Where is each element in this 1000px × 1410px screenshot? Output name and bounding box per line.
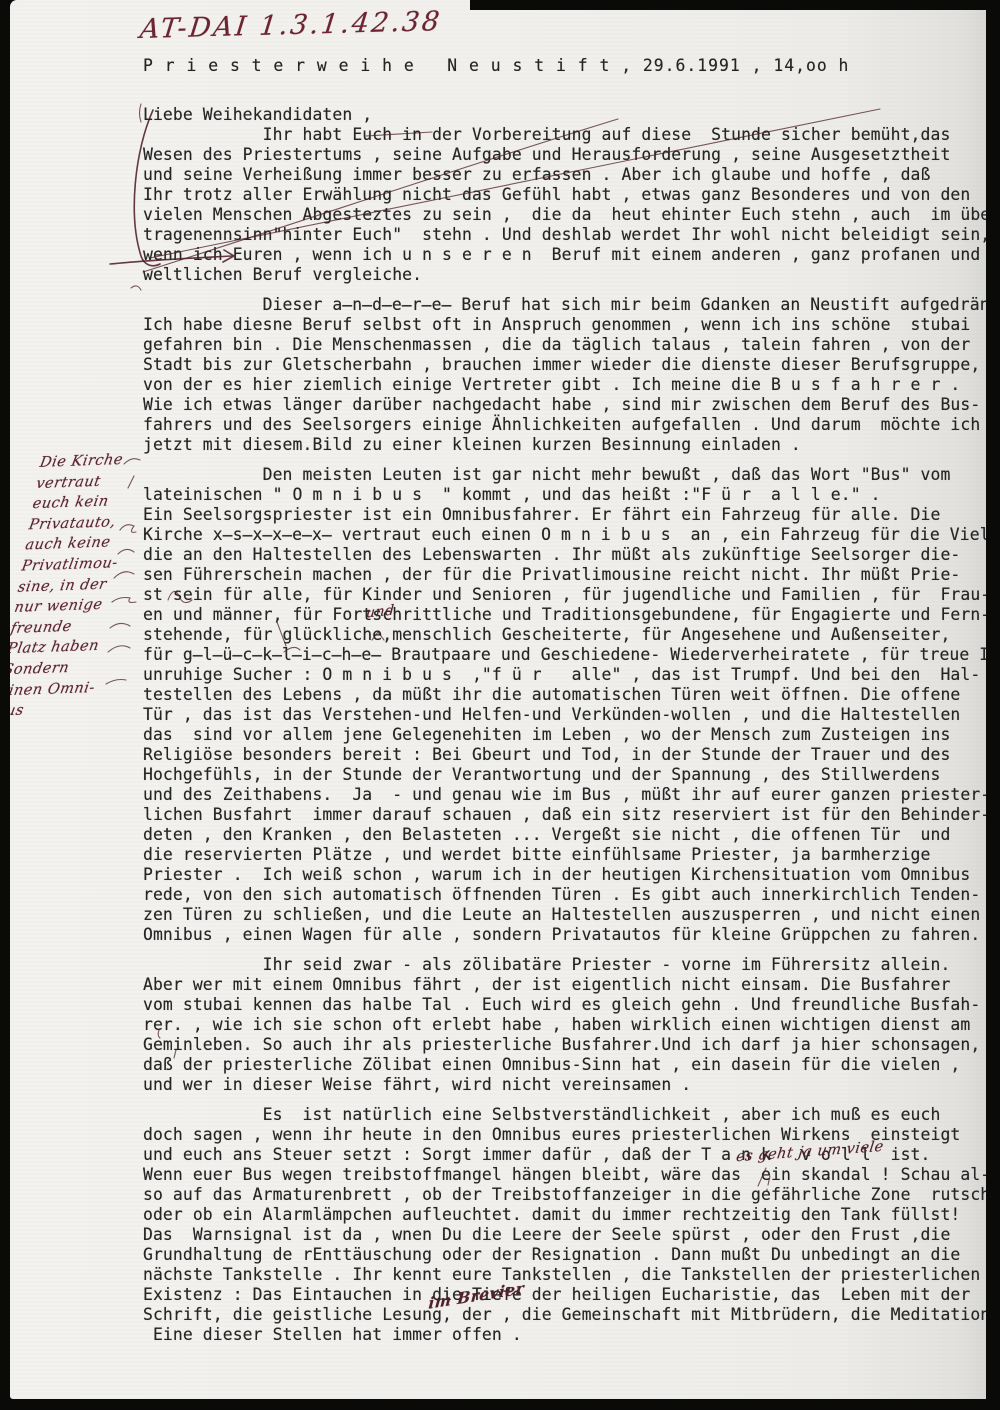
document-title: P r i e s t e r w e i h e N e u s t i f … [143,56,849,76]
scan-border-top [470,0,1000,10]
scanned-document-page: AT-DAI 1.3.1.42.38 P r i e s t e r w e i… [0,0,1000,1410]
archive-reference-handwritten: AT-DAI 1.3.1.42.38 [138,6,443,45]
insert-note-und: und [366,602,395,621]
paragraph-celibacy: Ihr seid zwar - als zölibatäre Priester … [143,955,980,1095]
paper-sheet: AT-DAI 1.3.1.42.38 P r i e s t e r w e i… [10,0,986,1399]
margin-note-handwritten: Die Kirche vertraut euch kein Privatauto… [10,449,138,722]
paragraph-salutation: Liebe Weihekandidaten , Ihr habt Euch in… [143,105,986,285]
paragraph-omnibus-meaning: Den meisten Leuten ist gar nicht mehr be… [143,465,986,945]
paragraph-bus-driver-intro: Dieser a̶n̶d̶e̶r̶e̶ Beruf hat sich mir b… [143,295,986,455]
